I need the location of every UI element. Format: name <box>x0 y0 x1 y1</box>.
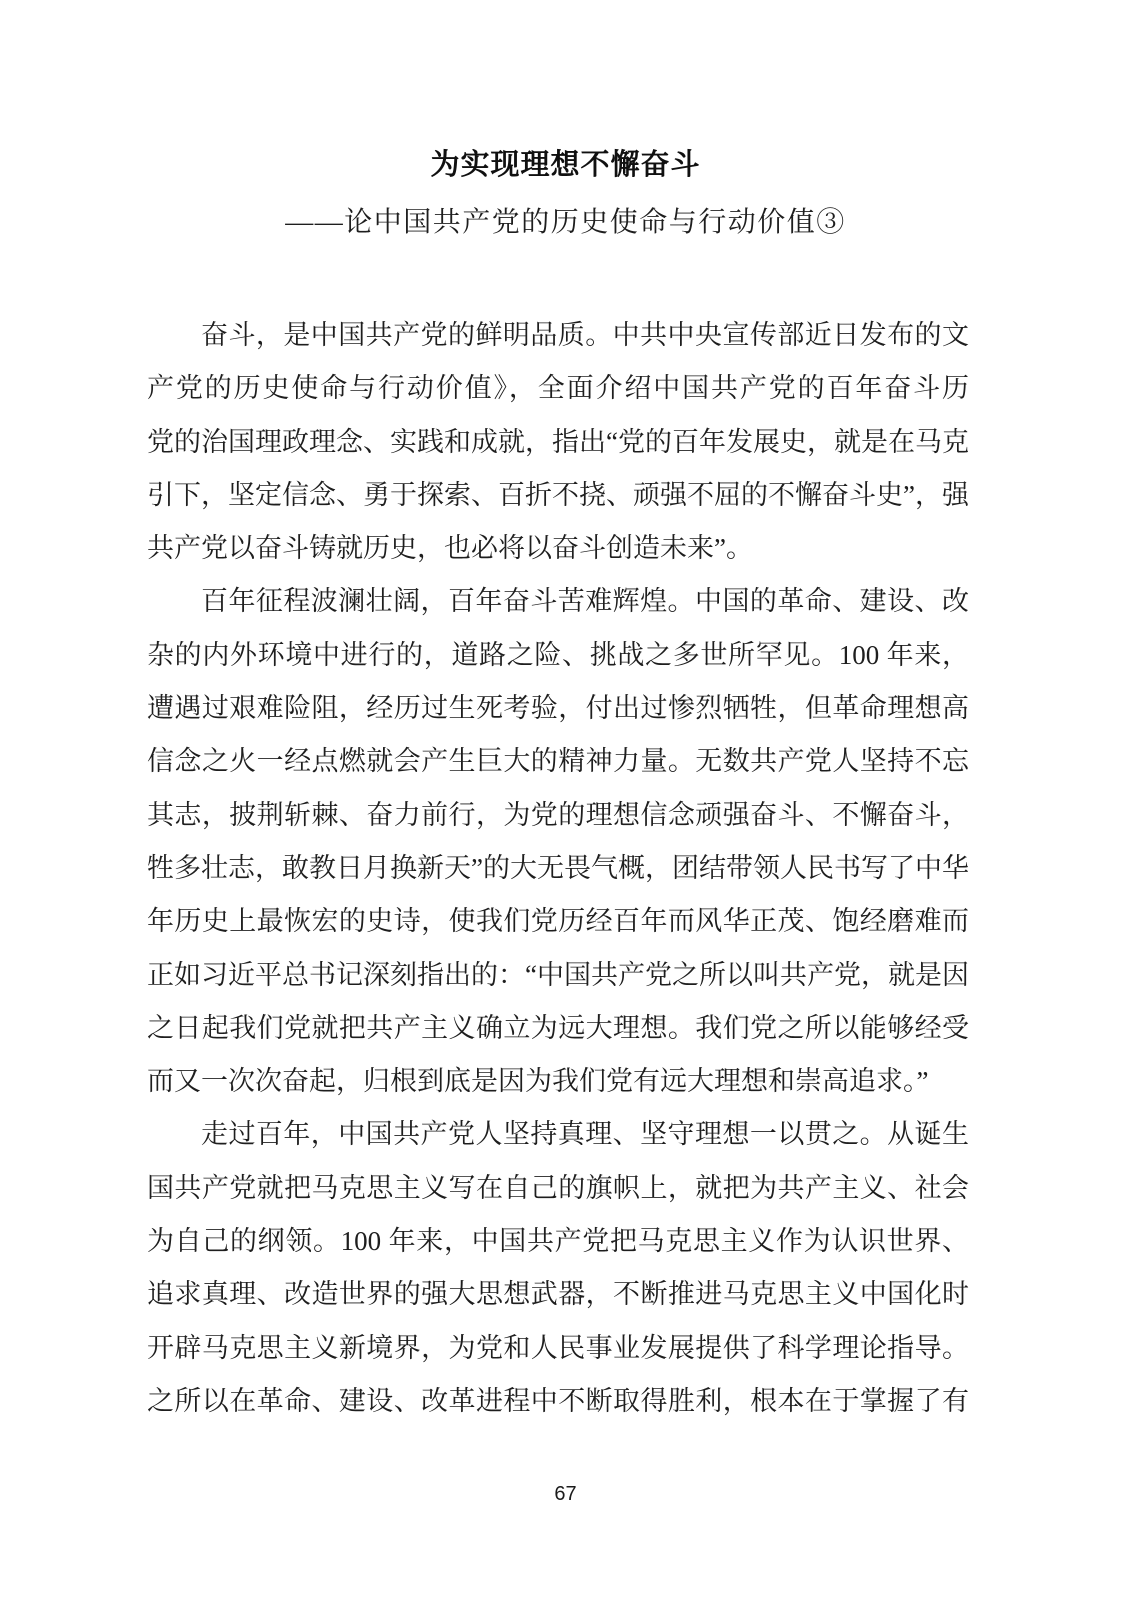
body-line: 产党的历史使命与行动价值》，全面介绍中国共产党的百年奋斗历程，深刻阐释 <box>147 362 969 415</box>
body-line: 年历史上最恢宏的史诗，使我们党历经百年而风华正茂、饱经磨难而生生不息。 <box>147 895 969 948</box>
body-line: 奋斗，是中国共产党的鲜明品质。中共中央宣传部近日发布的文献《中国共 <box>147 309 969 362</box>
body-line: 走过百年，中国共产党人坚持真理、坚守理想一以贯之。从诞生之日起，中 <box>147 1108 969 1161</box>
body-line: 百年征程波澜壮阔，百年奋斗苦难辉煌。中国的革命、建设、改革，是在复 <box>147 575 969 628</box>
body-line: 杂的内外环境中进行的，道路之险、挑战之多世所罕见。100 年来，中国共产党 <box>147 629 969 682</box>
body-line: 信念之火一经点燃就会产生巨大的精神力量。无数共产党人坚持不忘初心、不移 <box>147 735 969 788</box>
body-line: 共产党以奋斗铸就历史，也必将以奋斗创造未来”。 <box>147 522 969 575</box>
body-line: 正如习近平总书记深刻指出的：“中国共产党之所以叫共产党，就是因为从成立 <box>147 949 969 1002</box>
body-line: 而又一次次奋起，归根到底是因为我们党有远大理想和崇高追求。” <box>147 1055 969 1108</box>
paragraph: 百年征程波澜壮阔，百年奋斗苦难辉煌。中国的革命、建设、改革，是在复杂的内外环境中… <box>147 575 969 1108</box>
document-page: 为实现理想不懈奋斗 ——论中国共产党的历史使命与行动价值③ 奋斗，是中国共产党的… <box>0 0 1131 1600</box>
body-line: 引下，坚定信念、勇于探索、百折不挠、顽强不屈的不懈奋斗史”，强调“中国 <box>147 469 969 522</box>
body-line: 开辟马克思主义新境界，为党和人民事业发展提供了科学理论指导。中国共产党 <box>147 1322 969 1375</box>
body-line: 牲多壮志，敢教日月换新天”的大无畏气概，团结带领人民书写了中华民族几千 <box>147 842 969 895</box>
page-number: 67 <box>0 1482 1131 1506</box>
body-line: 为自己的纲领。100 年来，中国共产党把马克思主义作为认识世界、把握规律、 <box>147 1215 969 1268</box>
document-title: 为实现理想不懈奋斗 <box>0 146 1131 184</box>
paragraph: 奋斗，是中国共产党的鲜明品质。中共中央宣传部近日发布的文献《中国共产党的历史使命… <box>147 309 969 575</box>
body-line: 之日起我们党就把共产主义确立为远大理想。我们党之所以能够经受一次次挫折 <box>147 1002 969 1055</box>
body-line: 党的治国理政理念、实践和成就，指出“党的百年发展史，就是在马克思主义指 <box>147 416 969 469</box>
body-line: 遭遇过艰难险阻，经历过生死考验，付出过惨烈牺牲，但革命理想高于天，理想 <box>147 682 969 735</box>
body-line: 其志，披荆斩棘、奋力前行，为党的理想信念顽强奋斗、不懈奋斗，以“为有牺 <box>147 789 969 842</box>
document-subtitle: ——论中国共产党的历史使命与行动价值③ <box>0 201 1131 245</box>
paragraph: 走过百年，中国共产党人坚持真理、坚守理想一以贯之。从诞生之日起，中国共产党就把马… <box>147 1108 969 1428</box>
body-line: 国共产党就把马克思主义写在自己的旗帜上，就把为共产主义、社会主义奋斗作 <box>147 1162 969 1215</box>
body-line: 之所以在革命、建设、改革进程中不断取得胜利，根本在于掌握了有力的思想武 <box>147 1375 969 1428</box>
document-body: 奋斗，是中国共产党的鲜明品质。中共中央宣传部近日发布的文献《中国共产党的历史使命… <box>147 309 969 1428</box>
body-line: 追求真理、改造世界的强大思想武器，不断推进马克思主义中国化时代化，不断 <box>147 1268 969 1321</box>
